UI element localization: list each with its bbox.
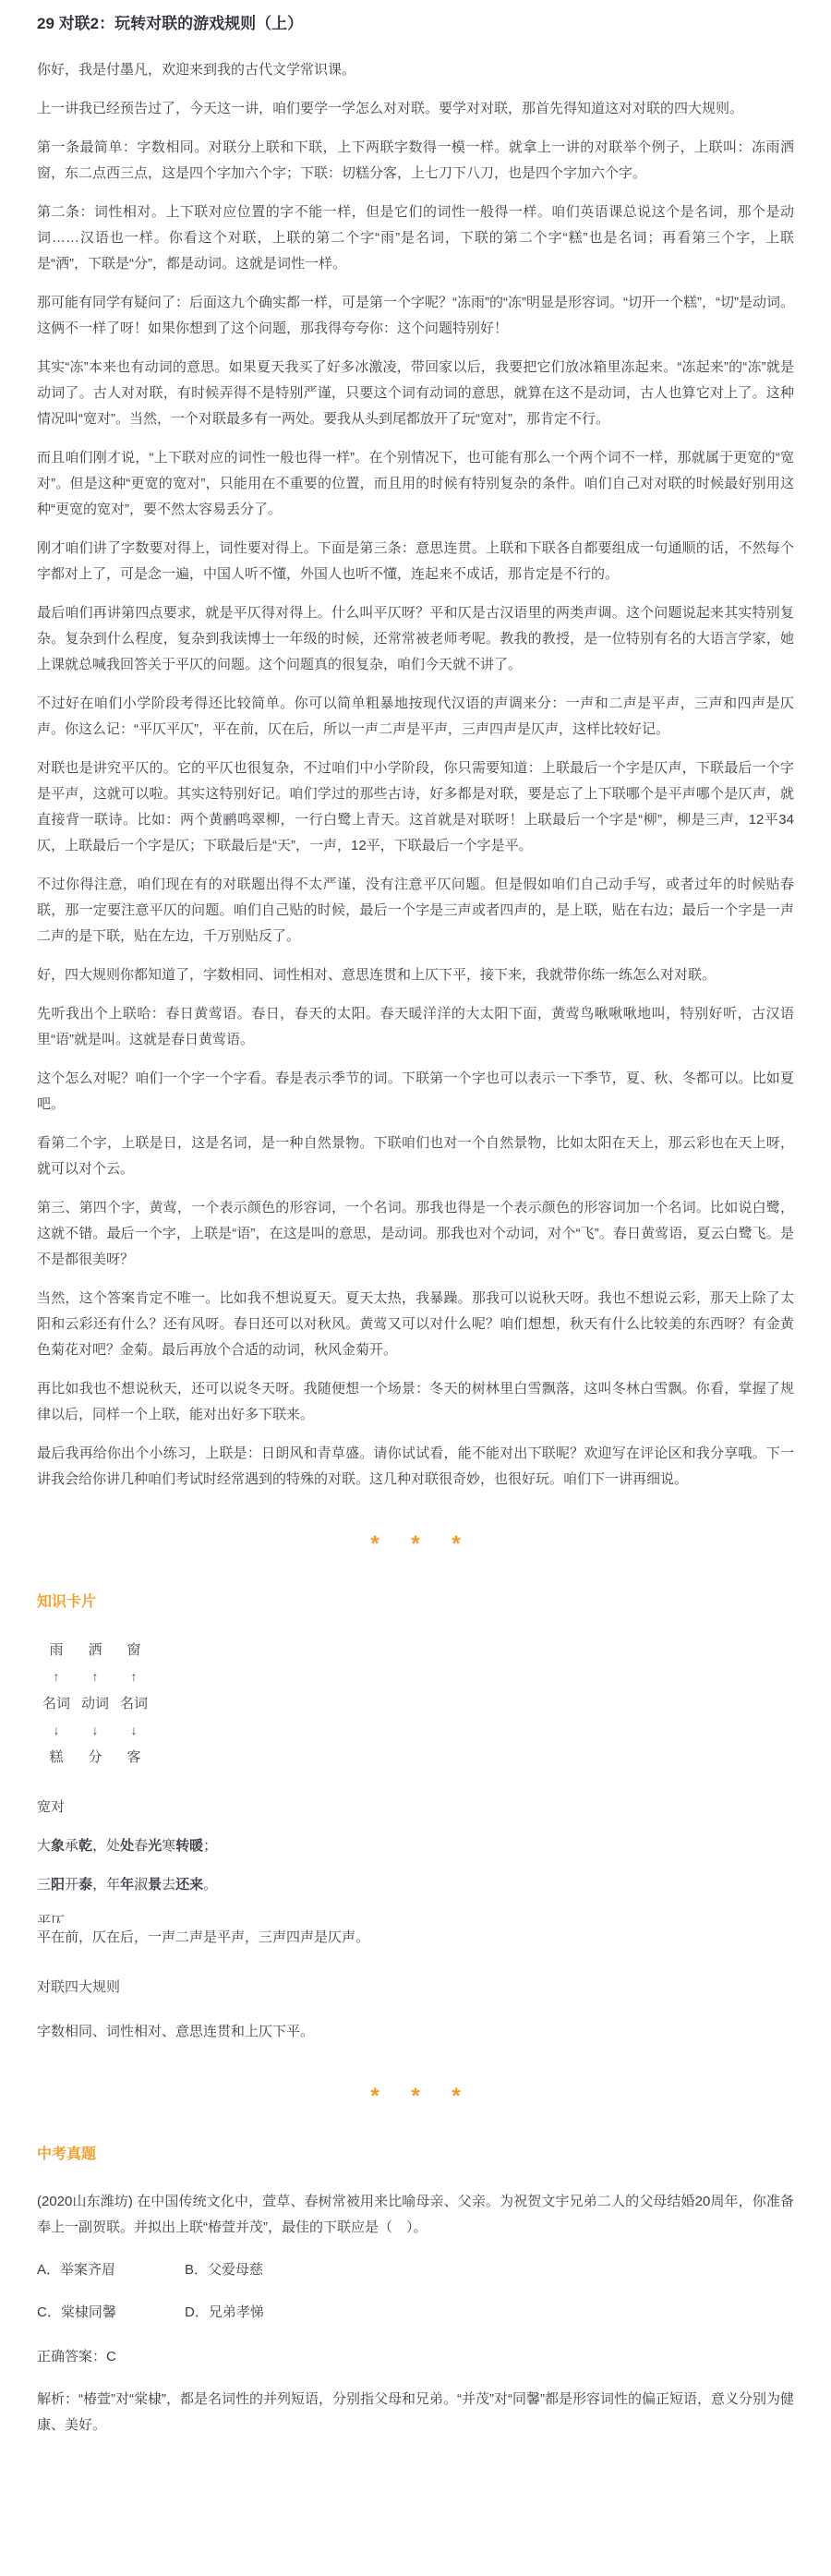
article-paragraph: 刚才咱们讲了字数要对得上，词性要对得上。下面是第三条：意思连贯。上联和下联各自都… xyxy=(37,536,794,587)
diagram-char: 客 xyxy=(114,1744,153,1771)
exam-answer: 正确答案：C xyxy=(37,2344,794,2370)
diagram-word-class: 名词 xyxy=(114,1690,153,1717)
kuandui-text-segment: 春 xyxy=(134,1838,148,1854)
diagram-char: 洒 xyxy=(76,1637,114,1663)
kuandui-text-segment: 三 xyxy=(37,1877,51,1893)
kuandui-text-segment: 处 xyxy=(120,1838,134,1854)
knowledge-card-heading: 知识卡片 xyxy=(37,1592,794,1613)
stars-separator: * * * xyxy=(37,1533,794,1555)
kuandui-upper-line: 大象承乾，处处春光寒转暖； xyxy=(37,1833,794,1859)
down-arrow-icon: ↓ xyxy=(114,1717,153,1744)
article-paragraph: 对联也是讲究平仄的。它的平仄也很复杂，不过咱们中小学阶段，你只需要知道：上联最后… xyxy=(37,756,794,859)
kuandui-text-segment: 。 xyxy=(203,1877,217,1893)
diagram-upper-line-row: 雨 洒 窗 xyxy=(37,1637,794,1663)
article-paragraph: 第三、第四个字，黄莺，一个表示颜色的形容词，一个名词。那我也得是一个表示颜色的形… xyxy=(37,1195,794,1273)
kuandui-text-segment: 还来 xyxy=(175,1877,203,1893)
kuandui-text-segment: 淑 xyxy=(134,1877,148,1893)
article-paragraph: 第二条：词性相对。上下联对应位置的字不能一样，但是它们的词性一般得一样。咱们英语… xyxy=(37,200,794,277)
kuandui-text-segment: 阳 xyxy=(51,1877,65,1893)
exam-options-row: A．举案齐眉 B．父爱母慈 xyxy=(37,2257,794,2283)
stars-separator: * * * xyxy=(37,2086,794,2108)
diagram-char: 雨 xyxy=(37,1637,76,1663)
article-paragraph: 你好，我是付墨凡，欢迎来到我的古代文学常识课。 xyxy=(37,57,794,83)
kuandui-text-segment: ，年 xyxy=(92,1877,120,1893)
article-paragraph: 上一讲我已经预告过了，今天这一讲，咱们要学一学怎么对对联。要学对对联，那首先得知… xyxy=(37,96,794,122)
article-paragraph: 先听我出个上联哈：春日黄莺语。春日，春天的太阳。春天暖洋洋的大太阳下面，黄莺鸟啾… xyxy=(37,1001,794,1053)
four-rules-label: 对联四大规则 xyxy=(37,1975,794,2001)
exam-heading: 中考真题 xyxy=(37,2145,794,2165)
word-class-diagram: 雨 洒 窗 ↑ ↑ ↑ 名词 动词 名词 ↓ ↓ ↓ 糕 分 客 xyxy=(37,1637,794,1771)
kuandui-text-segment: 泰 xyxy=(78,1877,92,1893)
kuandui-text-segment: 转暖 xyxy=(175,1838,203,1854)
diagram-word-class: 名词 xyxy=(37,1690,76,1717)
article-paragraph: 这个怎么对呢？咱们一个字一个字看。春是表示季节的词。下联第一个字也可以表示一下季… xyxy=(37,1066,794,1118)
up-arrow-icon: ↑ xyxy=(37,1663,76,1690)
exam-options-row: C．棠棣同馨 D．兄弟孝悌 xyxy=(37,2300,794,2326)
article-paragraph: 当然，这个答案肯定不唯一。比如我不想说夏天。夏天太热，我暴躁。那我可以说秋天呀。… xyxy=(37,1286,794,1363)
article-paragraph: 而且咱们刚才说，“上下联对应的词性一般也得一样”。在个别情况下，也可能有那么一个… xyxy=(37,445,794,523)
diagram-up-arrow-row: ↑ ↑ ↑ xyxy=(37,1663,794,1690)
article-paragraph: 再比如我也不想说秋天，还可以说冬天呀。我随便想一个场景：冬天的树林里白雪飘落，这… xyxy=(37,1376,794,1428)
kuandui-text-segment: ，处 xyxy=(92,1838,120,1854)
exam-section: 中考真题 (2020山东潍坊) 在中国传统文化中，萱草、春树常被用来比喻母亲、父… xyxy=(37,2145,794,2438)
kuandui-text-segment: 大 xyxy=(37,1838,51,1854)
article-page: 29 对联2：玩转对联的游戏规则（上） 你好，我是付墨凡，欢迎来到我的古代文学常… xyxy=(0,13,831,2507)
exam-option-a: A．举案齐眉 xyxy=(37,2257,185,2283)
article-paragraph: 好，四大规则你都知道了，字数相同、词性相对、意思连贯和上仄下平，接下来，我就带你… xyxy=(37,962,794,988)
exam-analysis: 解析：“椿萱”对“棠棣”，都是名词性的并列短语，分别指父母和兄弟。“并茂”对“同… xyxy=(37,2387,794,2438)
kuandui-text-segment: 光 xyxy=(148,1838,162,1854)
knowledge-card-section: 知识卡片 雨 洒 窗 ↑ ↑ ↑ 名词 动词 名词 ↓ ↓ ↓ xyxy=(37,1592,794,2045)
exam-option-c: C．棠棣同馨 xyxy=(37,2300,185,2326)
article-paragraph: 不过好在咱们小学阶段考得还比较简单。你可以简单粗暴地按现代汉语的声调来分：一声和… xyxy=(37,691,794,743)
page-title: 29 对联2：玩转对联的游戏规则（上） xyxy=(37,13,794,35)
diagram-char: 分 xyxy=(76,1744,114,1771)
diagram-char: 窗 xyxy=(114,1637,153,1663)
article-paragraph: 最后咱们再讲第四点要求，就是平仄得对得上。什么叫平仄呀？平和仄是古汉语里的两类声… xyxy=(37,600,794,678)
pingze-rule-line: 平在前，仄在后，一声二声是平声，三声四声是仄声。 xyxy=(37,1925,794,1951)
kuandui-text-segment: 象 xyxy=(51,1838,65,1854)
article-paragraph: 最后我再给你出个小练习，上联是：日朗风和青草盛。请你试试看，能不能对出下联呢？欢… xyxy=(37,1441,794,1493)
kuandui-text-segment: ； xyxy=(203,1838,217,1854)
kuandui-label: 宽对 xyxy=(37,1795,794,1820)
kuandui-text-segment: 开 xyxy=(65,1877,78,1893)
four-rules-text: 字数相同、词性相对、意思连贯和上仄下平。 xyxy=(37,2019,794,2045)
diagram-word-class: 动词 xyxy=(76,1690,114,1717)
article-paragraph: 其实“冻”本来也有动词的意思。如果夏天我买了好多冰激凌，带回家以后，我要把它们放… xyxy=(37,355,794,432)
exam-question: (2020山东潍坊) 在中国传统文化中，萱草、春树常被用来比喻母亲、父亲。为祝贺… xyxy=(37,2189,794,2241)
diagram-down-arrow-row: ↓ ↓ ↓ xyxy=(37,1717,794,1744)
diagram-word-class-row: 名词 动词 名词 xyxy=(37,1690,794,1717)
down-arrow-icon: ↓ xyxy=(76,1717,114,1744)
kuandui-text-segment: 景 xyxy=(148,1877,162,1893)
article-paragraph: 那可能有同学有疑问了：后面这九个确实都一样，可是第一个字呢？“冻雨”的“冻”明显… xyxy=(37,290,794,342)
exam-option-d: D．兄弟孝悌 xyxy=(185,2300,264,2326)
article-paragraph: 看第二个字，上联是日，这是名词，是一种自然景物。下联咱们也对一个自然景物，比如太… xyxy=(37,1131,794,1182)
kuandui-text-segment: 去 xyxy=(162,1877,175,1893)
diagram-char: 糕 xyxy=(37,1744,76,1771)
kuandui-text-segment: 乾 xyxy=(78,1838,92,1854)
kuandui-text-segment: 寒 xyxy=(162,1838,175,1854)
exam-option-b: B．父爱母慈 xyxy=(185,2257,263,2283)
up-arrow-icon: ↑ xyxy=(76,1663,114,1690)
diagram-lower-line-row: 糕 分 客 xyxy=(37,1744,794,1771)
kuandui-lower-line: 三阳开泰，年年淑景去还来。 xyxy=(37,1872,794,1898)
down-arrow-icon: ↓ xyxy=(37,1717,76,1744)
kuandui-text-segment: 承 xyxy=(65,1838,78,1854)
article-paragraph: 不过你得注意，咱们现在有的对联题出得不太严谨，没有注意平仄问题。但是假如咱们自己… xyxy=(37,872,794,949)
article-paragraph: 第一条最简单：字数相同。对联分上联和下联，上下两联字数得一模一样。就拿上一讲的对… xyxy=(37,135,794,187)
up-arrow-icon: ↑ xyxy=(114,1663,153,1690)
kuandui-text-segment: 年 xyxy=(120,1877,134,1893)
pingze-label-clipped: 平仄 xyxy=(37,1915,794,1923)
